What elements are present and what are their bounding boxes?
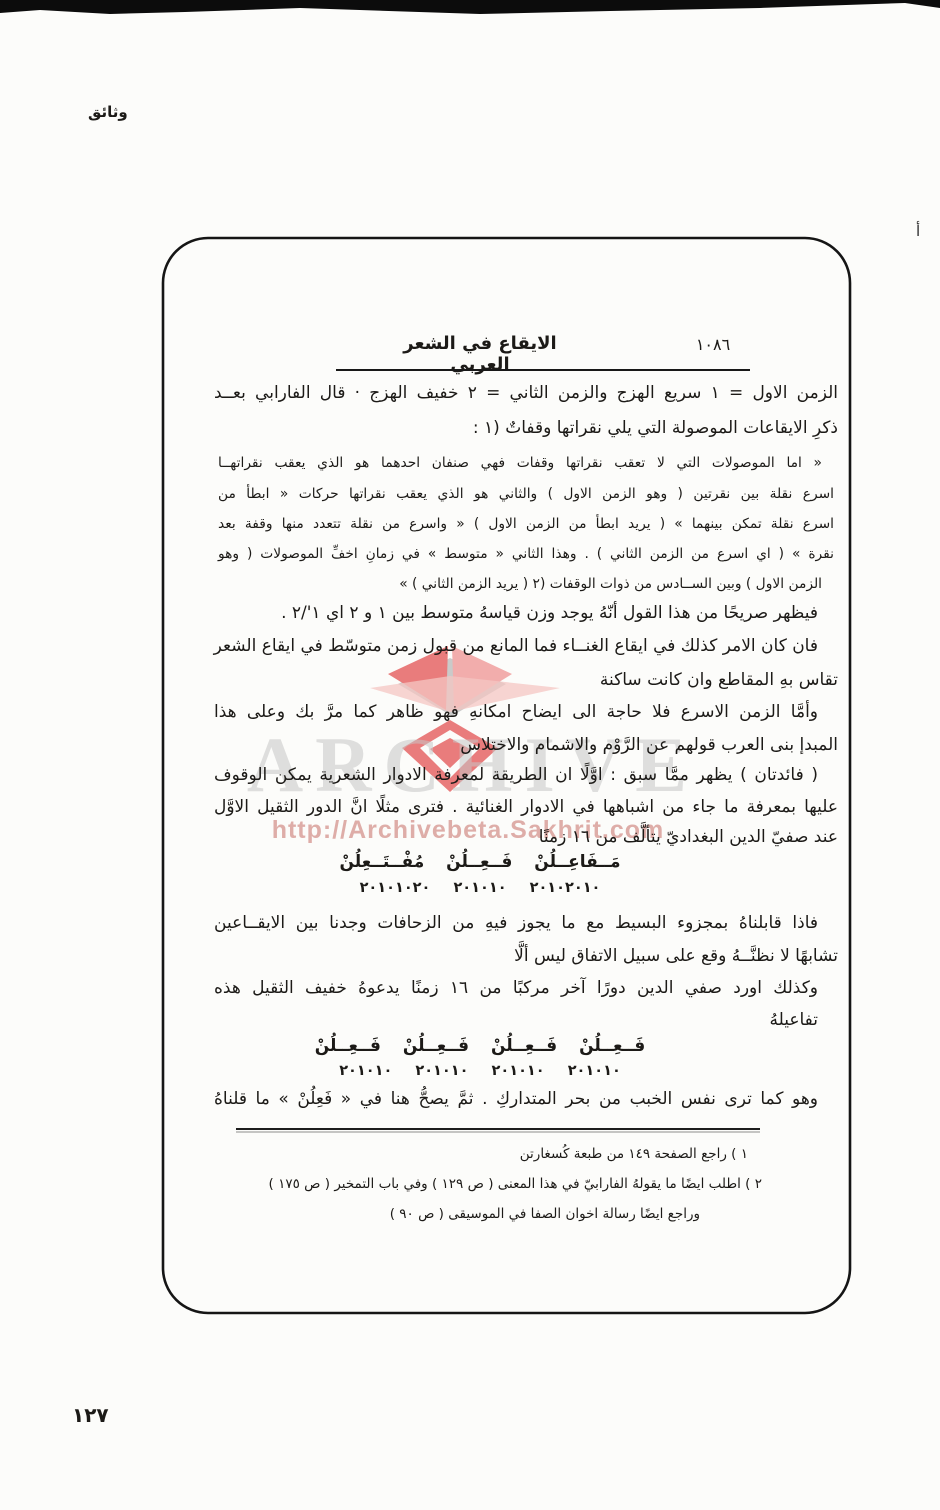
quote-line: « اما الموصولات التي لا تعقب نقراتها وقف… — [218, 455, 834, 472]
body-line: الزمن الاول = ١ سريع الهزج والزمن الثاني… — [214, 383, 838, 404]
body-line: ذكرِ الايقاعات الموصولة التي يلي نقراتها… — [214, 418, 838, 439]
prosody-feet-line-2: فَــعِــلُنْ فَــعِــلُنْ فَــعِــلُنْ ف… — [168, 1036, 792, 1056]
quote-line: نقرة » ( اي اسرع من الزمن الثاني ) . وهذ… — [218, 546, 834, 563]
body-line: فان كان الامر كذلك في ايقاع الغنــاء فما… — [214, 636, 838, 657]
footnote-3: وراجع ايضًا رسالة اخوان الصفا في الموسيق… — [230, 1206, 762, 1222]
body-line: ( فائدتان ) يظهر ممَّا سبق : اوَّلًا ان … — [214, 765, 838, 786]
body-line: وكذلك اورد صفي الدين دورًا آخر مركبًا من… — [214, 978, 838, 999]
quote-line: اسرع نقلة تمكن بينهما » ( يريد ابطأ من ا… — [218, 516, 834, 533]
body-line: وأمَّا الزمن الاسرع فلا حاجة الى ايضاح ا… — [214, 702, 838, 723]
body-line: فاذا قابلناهُ بمجزوء البسيط مع ما يجوز ف… — [214, 913, 838, 934]
prosody-durations-line-1: ٢٠١٠٢٠١٠ ٢٠١٠١٠ ٢٠١٠١٠٢٠ — [168, 880, 792, 896]
quote-line: اسرع نقلة بين نقرتين ( وهو الزمن الاول )… — [218, 486, 834, 503]
footnote-rule — [236, 1128, 760, 1130]
header-rule — [336, 369, 750, 371]
scanned-book-page: وثائق أ ARCHIVE http://Archivebeta.Sakhr… — [0, 0, 940, 1510]
footnote-2: ٢ ) اطلب ايضًا ما يقولهُ الفارابيّ في هذ… — [230, 1176, 762, 1192]
scan-edge-bar — [0, 0, 940, 30]
body-line: تقاس بهِ المقاطع وان كانت ساكنة — [214, 670, 838, 691]
body-line: عند صفيّ الدين البغداديّ يتألَّف من ١٦ ز… — [214, 827, 838, 848]
body-line: عليها بمعرفة ما جاء من اشباهها في الادوا… — [214, 797, 838, 818]
body-line: تشابهًا لا نظنَّــهُ وقع على سبيل الاتفا… — [214, 946, 838, 967]
body-line: تفاعيلهُ — [214, 1010, 838, 1031]
scan-edge-shape — [0, 0, 940, 14]
body-line: المبدإ بنى العرب قولهم عن الرَّوْم والاش… — [214, 735, 838, 756]
quote-line: الزمن الاول ) وبين الســادس من ذوات الوق… — [218, 576, 834, 593]
body-line: فيظهر صريحًا من هذا القول أنّهُ يوجد وزن… — [214, 603, 838, 624]
prosody-durations-line-2: ٢٠١٠١٠ ٢٠١٠١٠ ٢٠١٠١٠ ٢٠١٠١٠ — [168, 1063, 792, 1079]
prosody-feet-line-1: مَــفَاعِــلُنْ فَــعِــلُنْ مُفْــتَــع… — [168, 852, 792, 872]
body-line: وهو كما ترى نفس الخبب من بحر المتداركِ .… — [214, 1089, 838, 1110]
folio-number: ١٢٧ — [72, 1403, 109, 1427]
page-number-header: ١٠٨٦ — [684, 335, 742, 354]
collection-label: وثائق — [88, 103, 128, 121]
footnote-1: ١ ) راجع الصفحة ١٤٩ من طبعة كُسغارتن — [230, 1146, 762, 1162]
margin-stray-mark: أ — [916, 222, 920, 240]
